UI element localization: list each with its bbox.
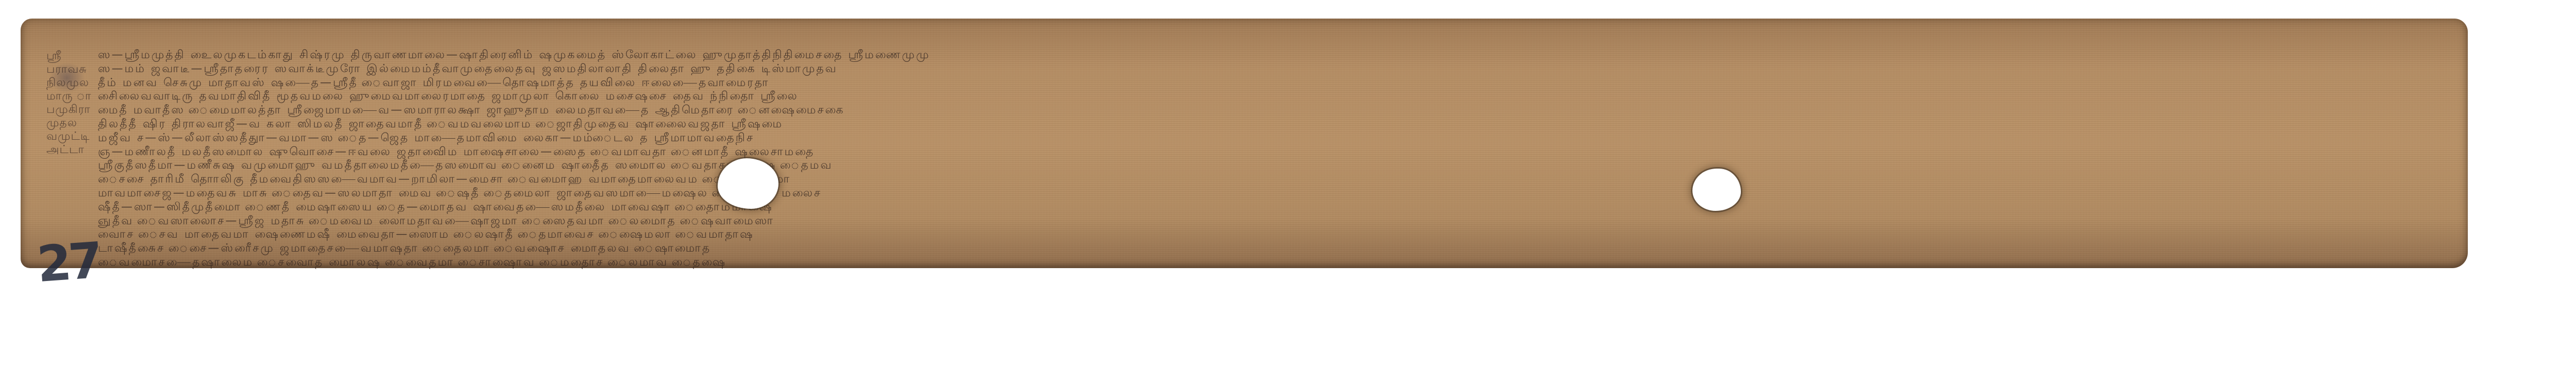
text-line: தீம் மனவ செசுமு மாதாவஸ் ஷ—ைத—ஸ்ரீதீ ைவாஜ… — [98, 76, 2463, 90]
text-line: டாஷீதீசுைச ைசை—ஸ்ரீைசமு ஜமாதைச—ைவமாஷதா ை… — [98, 242, 2463, 256]
text-line: ஞுதீவ ைவஸாலாைச—ஸ்ரீஜ மதாசு ைமவைம லாைமதாவ… — [98, 214, 2463, 228]
text-line: சிைலைவவாடிரு தவமாதிவிதீ மூதவமலை ஹுமைவமால… — [98, 90, 2463, 104]
text-line: ஷீதீ—ஸா—ஸிதீமுதீமாை ைணதீ மைஷாஸைய ைத—மாைத… — [98, 201, 2463, 214]
text-line: ஸ—ஸ்ரீமமுத்தி உைலமுகடம்காது சிஷ்ரமு திரு… — [98, 48, 2463, 62]
palm-leaf: ஸ்ரீ பராவசு நிலமுல மாரு ா பமுகிரா முதல வ… — [21, 19, 2468, 268]
string-hole-left — [718, 158, 778, 209]
handwritten-folio-number: 27 — [36, 236, 101, 289]
manuscript-text-block: ஸ—ஸ்ரீமமுத்தி உைலமுகடம்காது சிஷ்ரமு திரு… — [98, 48, 2463, 270]
text-line: ஸ—மம் ஜவாடீ—ஸ்ரீதாதரைர ஸவாக்டீமுரோ இல்மை… — [98, 62, 2463, 76]
text-line: திலதீதீ ஷிர திராலவாஜீ—வ கலா ஸிமலதீ ஜாதைவ… — [98, 118, 2463, 131]
text-line: மைதீ மவாதீஸ ைமைமாலத்தா ஸ்ரீஜைமாம—ைவ—ஸமார… — [98, 104, 2463, 118]
text-line: ஞ—மணீாலதீ மலதீஸமாைல ஷுவாெசை—ஈவலை ஜதாவிைம… — [98, 145, 2463, 159]
margin-notes: ஸ்ரீ பராவசு நிலமுல மாரு ா பமுகிரா முதல வ… — [46, 49, 95, 157]
text-line: ஸ்ரீகுதீஸதீமா—மணீசுஷ வமுமாைஹு வமதீதாலைமத… — [98, 159, 2463, 173]
text-line: ைசசை தாரிமீ தொாலிகு தீமவைதிஸஸ—ைவமாவ—றாமி… — [98, 173, 2463, 187]
text-line: ைவமாைச—ைதஷாலைம ைசவாைத மாைலஷ ைவைதமா ைசாஷா… — [98, 256, 2463, 270]
string-hole-right — [1692, 169, 1741, 211]
text-line: மாவமாசைஜ—மதைவசு மாசு ைதைவ—ஸலமாதா மைவ ைஷத… — [98, 187, 2463, 201]
text-line: வாைச ைசவ மாதைவமா ஷைணைமஷீ மைவைதா—ஸாைம ைலஷ… — [98, 228, 2463, 242]
text-line: மஜீவ ச—ஸ்—லீலாஸ்ஸதீதுா—வமா—ஸ ைத—ஜெத மா—ை… — [98, 131, 2463, 145]
